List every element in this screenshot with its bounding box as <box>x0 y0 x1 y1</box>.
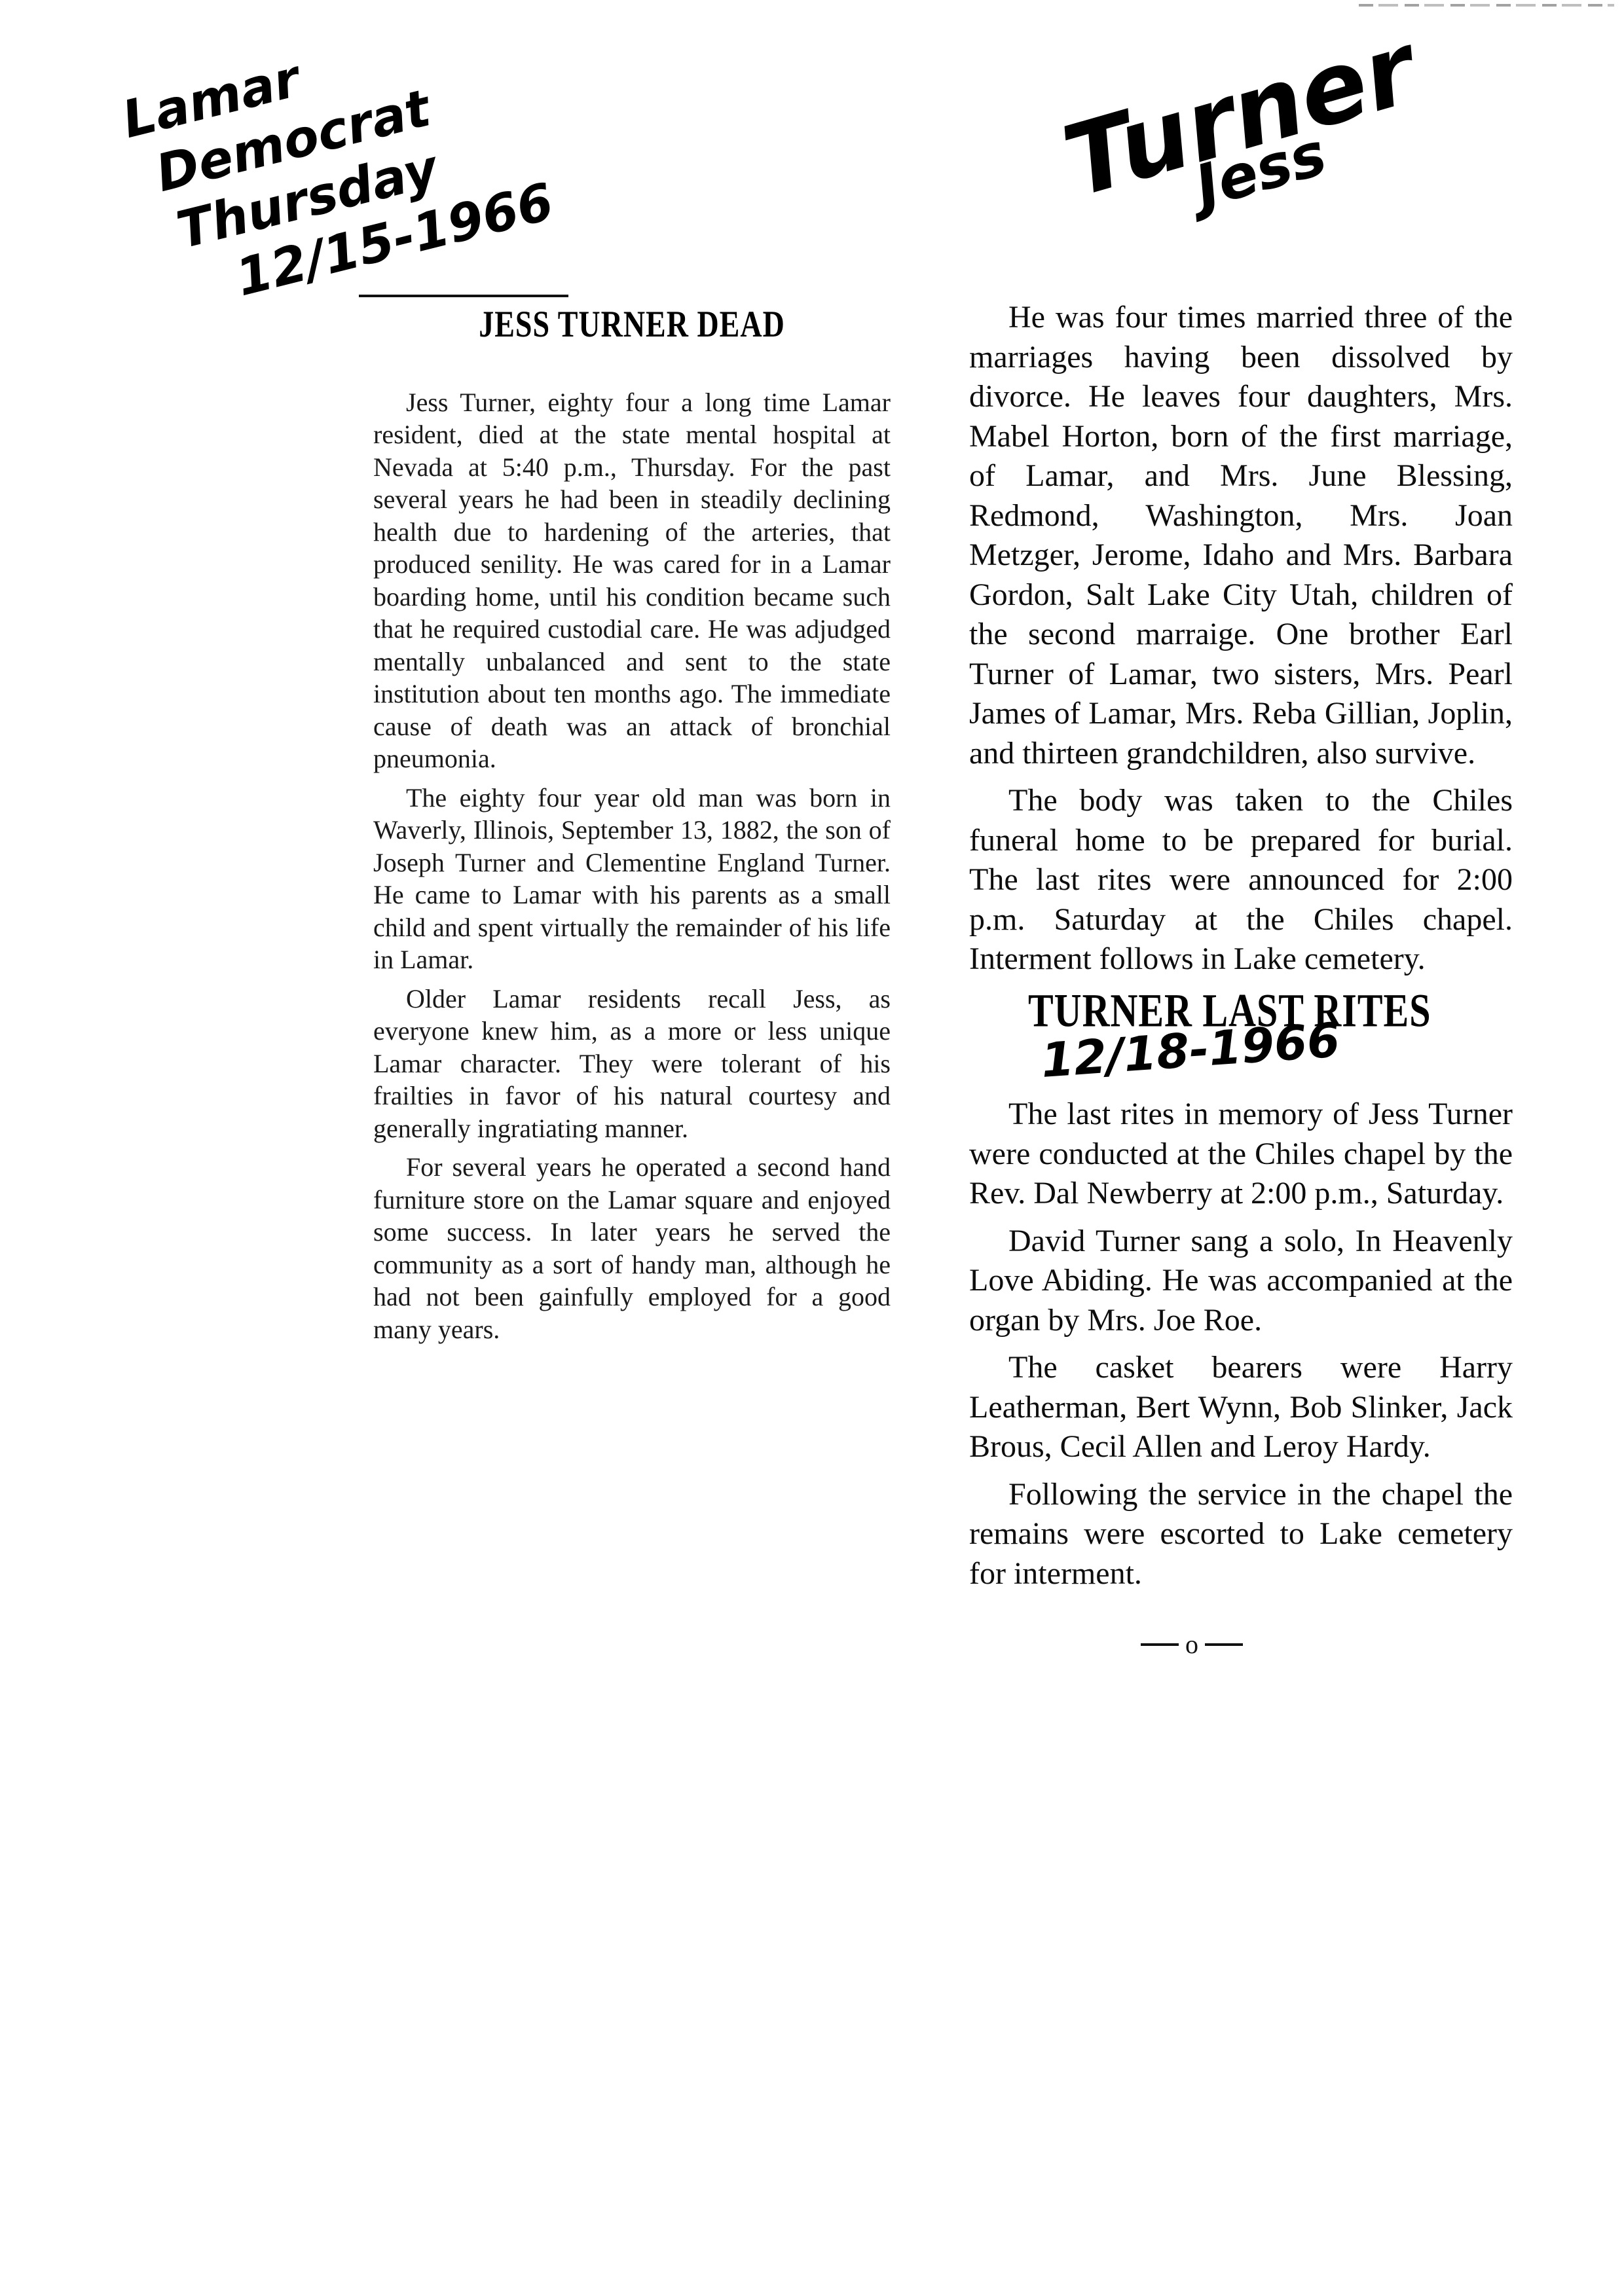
scan-edge-artifact <box>1359 4 1614 7</box>
headline-jess-turner-dead: JESS TURNER DEAD <box>373 304 891 344</box>
column-top-rule <box>359 295 568 297</box>
article-paragraph: The last rites in memory of Jess Turner … <box>969 1095 1513 1214</box>
end-of-article-mark: o <box>969 1622 1513 1664</box>
article-paragraph: The casket bearers were Har­ry Leatherma… <box>969 1348 1513 1467</box>
end-mark-dash-right <box>1205 1643 1243 1646</box>
handwritten-source-note: Lamar Democrat Thursday 12/15-1966 <box>111 1 561 332</box>
article-paragraph-continued: The body was taken to the Chiles funeral… <box>969 781 1513 979</box>
article-column-left: JESS TURNER DEAD Jess Turner, eighty fou… <box>373 301 891 1345</box>
article-paragraph: Following the service in the chapel the … <box>969 1475 1513 1594</box>
article-paragraph: For several years he operat­ed a second … <box>373 1151 891 1345</box>
article-paragraph: The eighty four year old man was born in… <box>373 782 891 976</box>
article-paragraph: Older Lamar residents recall Jess, as ev… <box>373 983 891 1145</box>
end-mark-glyph: o <box>1185 1625 1198 1665</box>
end-mark-dash-left <box>1141 1643 1179 1646</box>
article-paragraph: Jess Turner, eighty four a long time Lam… <box>373 386 891 775</box>
handwritten-name-note: Turner Jess <box>1054 19 1436 249</box>
article-paragraph: David Turner sang a solo, In Heavenly Lo… <box>969 1222 1513 1341</box>
article-column-right: He was four times married three of the m… <box>969 298 1513 1664</box>
article-paragraph-continued: He was four times married three of the m… <box>969 298 1513 773</box>
